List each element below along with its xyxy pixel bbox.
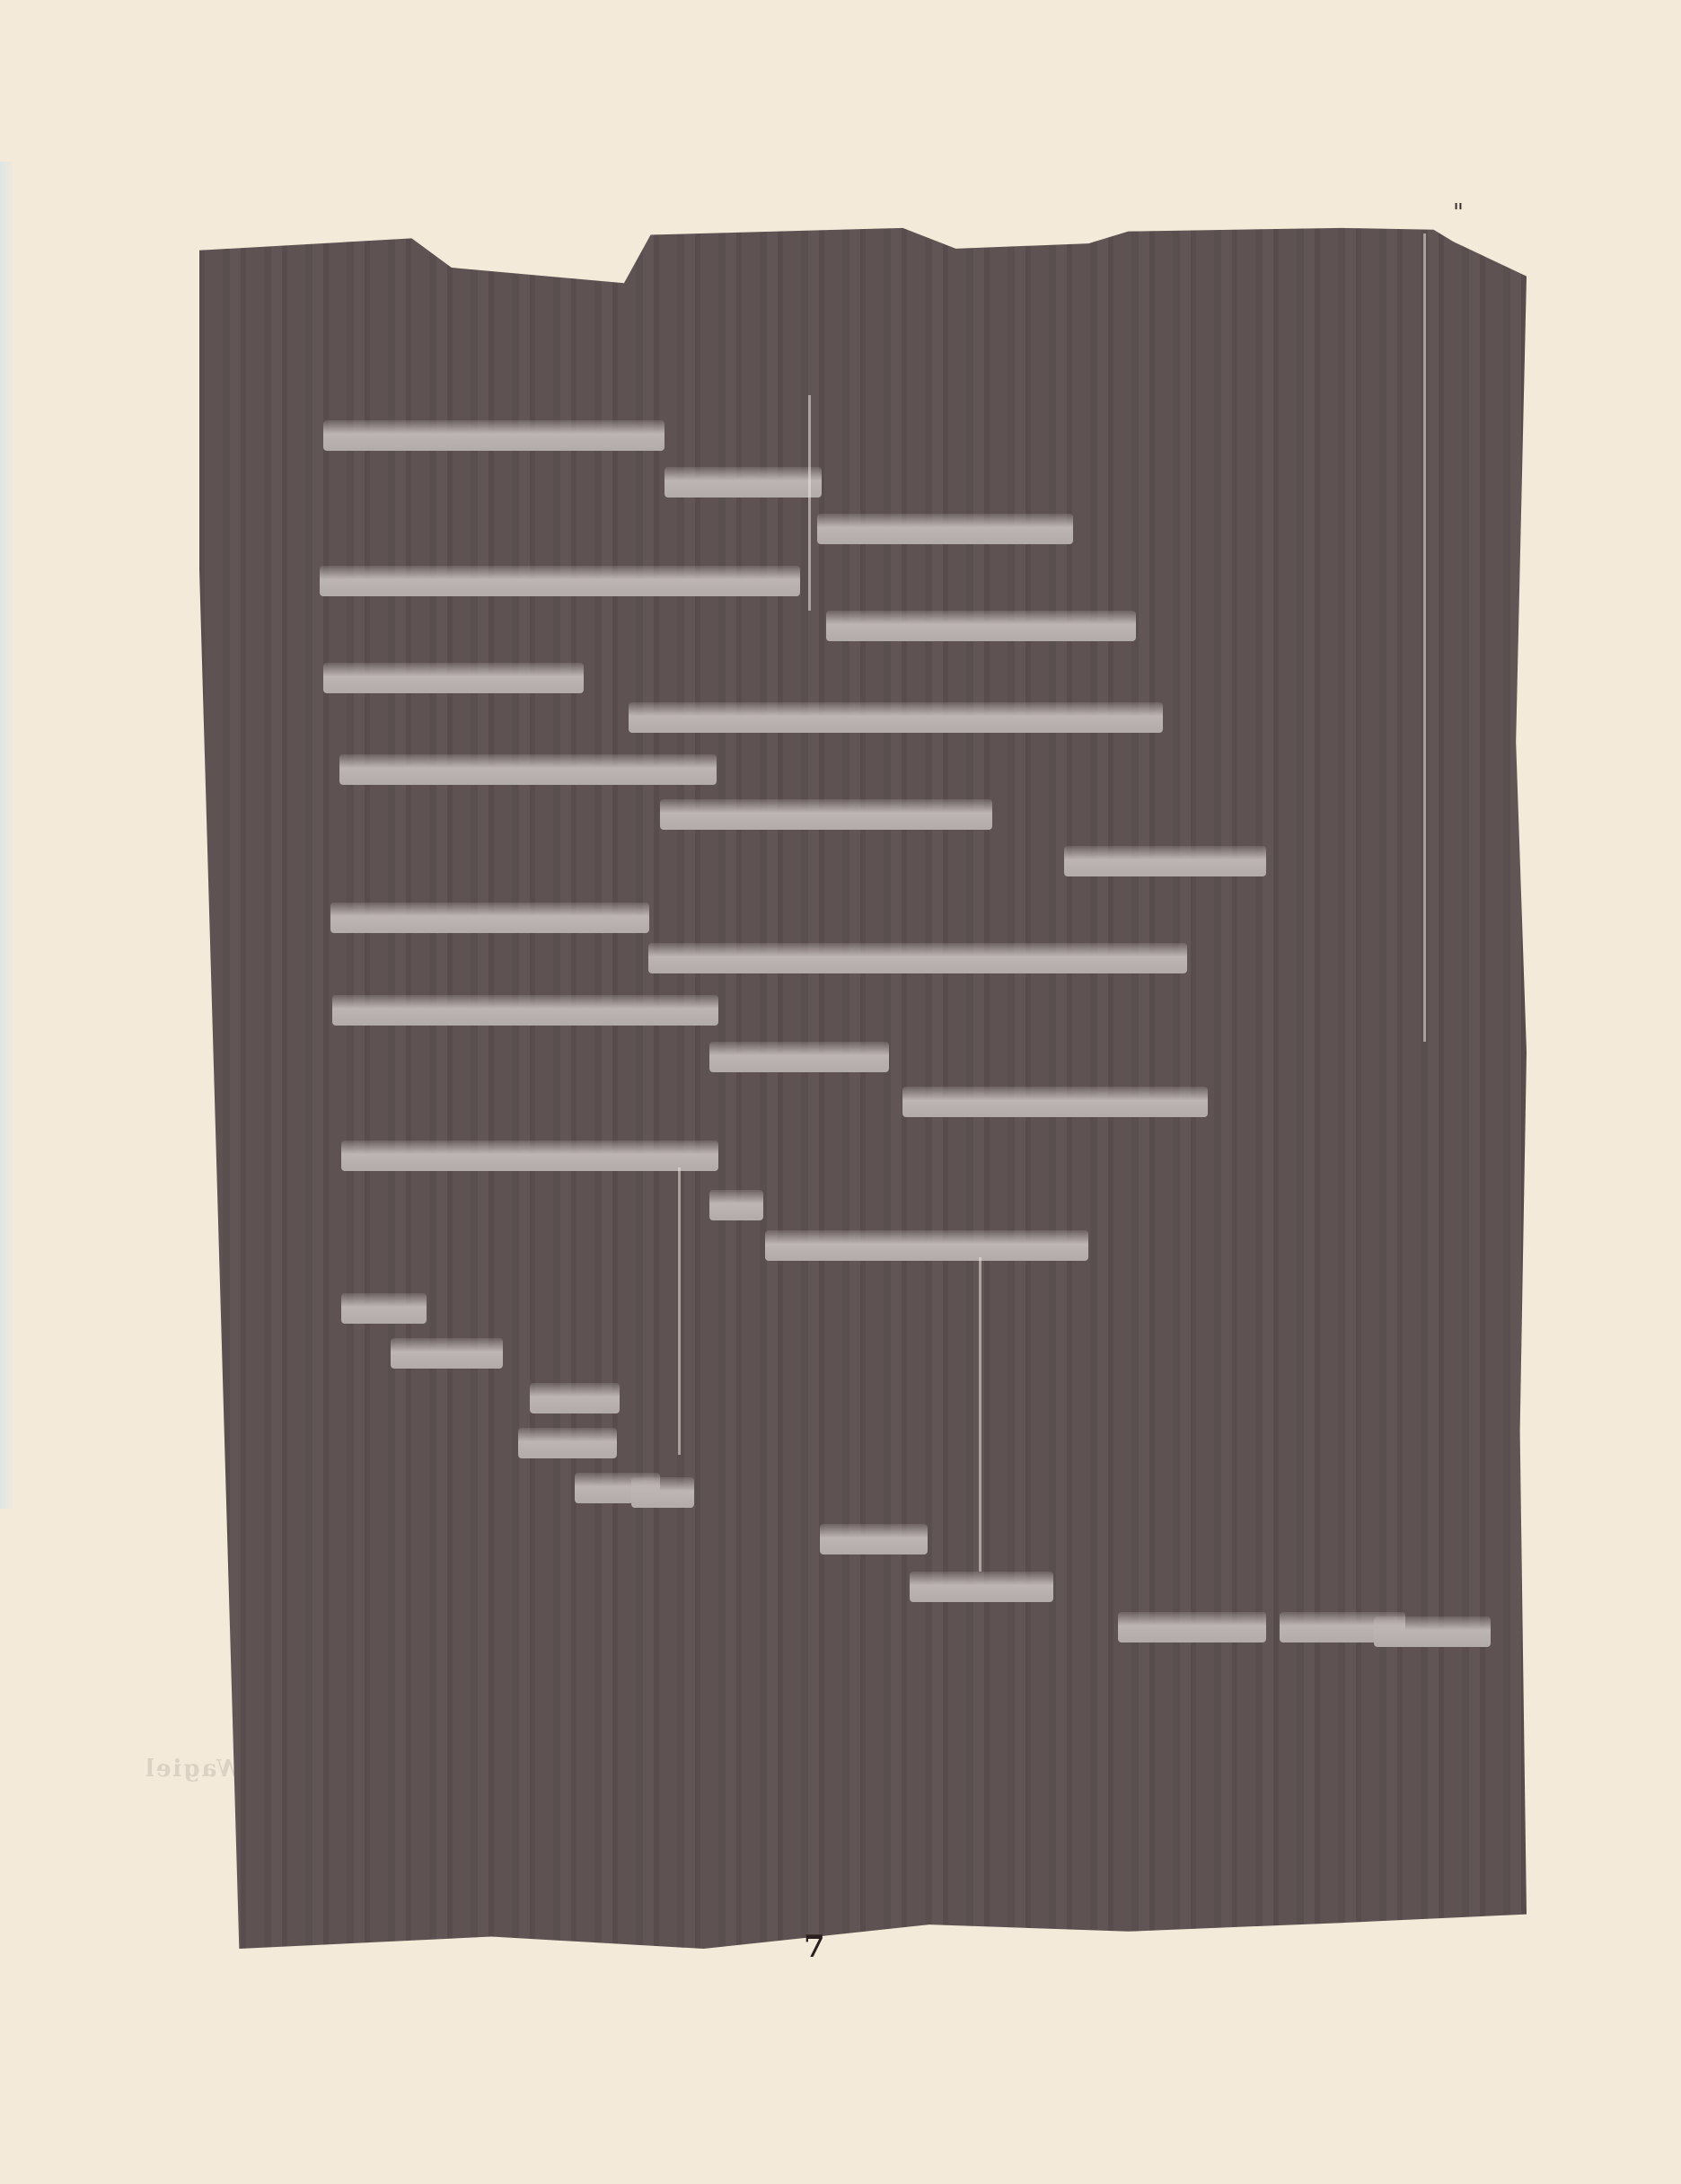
marker-streak (808, 395, 811, 611)
revealed-text-fragment (629, 702, 1163, 733)
revealed-text-fragment (323, 420, 664, 451)
revealed-text-fragment (518, 1428, 617, 1458)
marker-blackout-area (199, 225, 1527, 1949)
revealed-text-fragment (320, 566, 800, 596)
revealed-text-fragment (1374, 1616, 1491, 1647)
revealed-text-fragment (332, 995, 718, 1026)
revealed-text-fragment (339, 754, 717, 785)
revealed-text-fragment (910, 1572, 1053, 1602)
revealed-text-fragment (631, 1477, 694, 1508)
revealed-text-fragment (1118, 1612, 1266, 1642)
marker-streak (678, 1167, 681, 1455)
revealed-text-fragment (530, 1383, 620, 1413)
revealed-text-fragment (902, 1087, 1208, 1117)
revealed-text-fragment (341, 1293, 427, 1324)
revealed-text-fragment (1064, 846, 1266, 876)
marker-streak (979, 1257, 981, 1572)
revealed-text-fragment (648, 943, 1187, 973)
revealed-text-fragment (323, 663, 584, 693)
revealed-text-fragment (820, 1524, 928, 1554)
revealed-text-fragment (765, 1230, 1088, 1261)
revealed-text-fragment (826, 611, 1136, 641)
corner-mark: " (1453, 199, 1464, 226)
showthrough-text: Wagiel (144, 1756, 242, 1783)
page-left-edge (0, 162, 13, 1509)
revealed-text-fragment (341, 1140, 718, 1171)
revealed-text-fragment (817, 514, 1073, 544)
revealed-text-fragment (330, 903, 649, 933)
revealed-text-fragment (664, 467, 822, 498)
revealed-text-fragment (660, 799, 992, 830)
revealed-text-fragment (709, 1042, 889, 1072)
marker-streak (1423, 233, 1426, 1042)
revealed-text-fragment (391, 1338, 503, 1369)
revealed-text-fragment (709, 1190, 763, 1220)
page-number: 7 (804, 1929, 825, 1965)
